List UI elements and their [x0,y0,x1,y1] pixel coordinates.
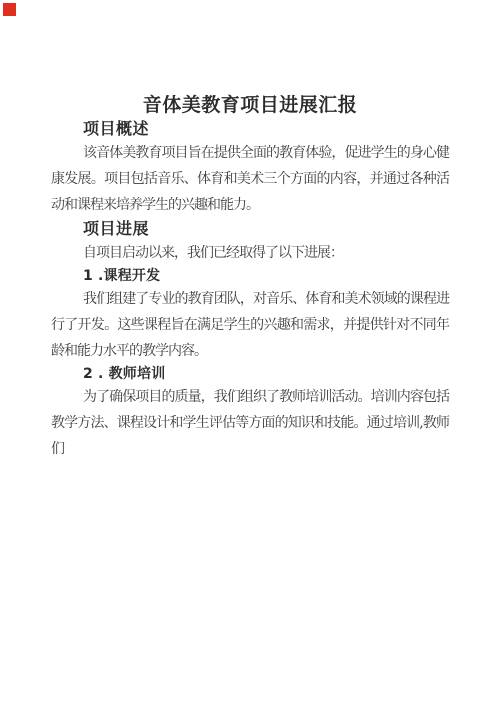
paragraph-course-development: 我们组建了专业的教育团队，对音乐、体育和美术领域的课程进行了开发。这些课程旨在满… [51,286,449,364]
page-title: 音体美教育项目进展汇报 [51,92,449,118]
red-corner-mark [3,3,16,16]
section-project-overview: 项目概述 该音体美教育项目旨在提供全面的教育体验，促进学生的身心健康发展。项目包… [51,118,449,218]
section-course-development: 1 .课程开发 我们组建了专业的教育团队，对音乐、体育和美术领域的课程进行了开发… [51,266,449,364]
section-teacher-training: 2 . 教师培训 为了确保项目的质量，我们组织了教师培训活动。培训内容包括教学方… [51,364,449,462]
document-page: 音体美教育项目进展汇报 项目概述 该音体美教育项目旨在提供全面的教育体验，促进学… [0,0,500,707]
section-heading-project-overview: 项目概述 [51,118,449,140]
section-heading-project-progress: 项目进展 [51,218,449,240]
section-project-progress: 项目进展 自项目启动以来，我们已经取得了以下进展： [51,218,449,266]
paragraph-project-progress-intro: 自项目启动以来，我们已经取得了以下进展： [51,240,449,266]
subheading-teacher-training: 2 . 教师培训 [51,364,449,384]
paragraph-project-overview: 该音体美教育项目旨在提供全面的教育体验，促进学生的身心健康发展。项目包括音乐、体… [51,140,449,218]
subheading-course-development: 1 .课程开发 [51,266,449,286]
paragraph-teacher-training: 为了确保项目的质量，我们组织了教师培训活动。培训内容包括教学方法、课程设计和学生… [51,384,449,462]
